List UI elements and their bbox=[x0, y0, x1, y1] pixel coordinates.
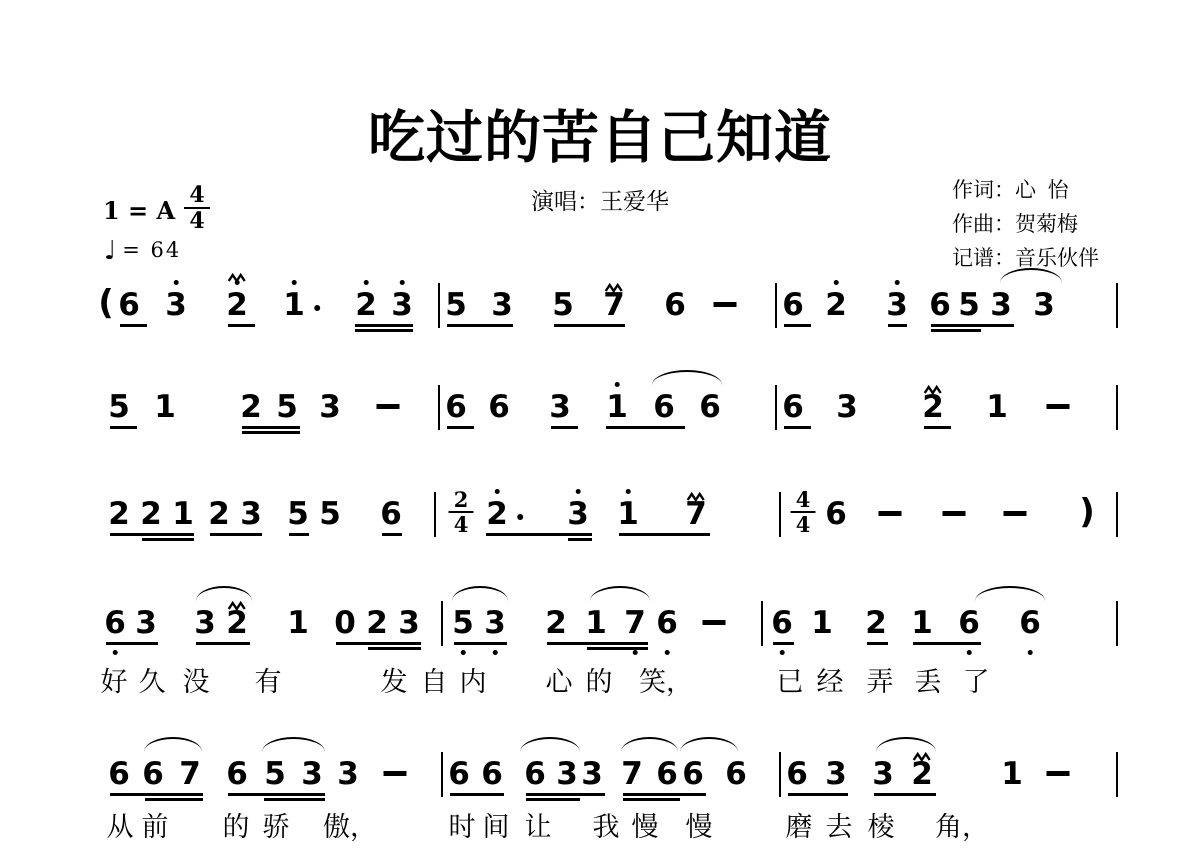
duration-dash bbox=[384, 771, 407, 776]
note-digit: 6 bbox=[682, 757, 704, 791]
time-signature: 4 4 bbox=[184, 183, 210, 233]
beam-underline bbox=[447, 426, 474, 429]
beam-underline bbox=[623, 793, 706, 796]
note-digit: 1 bbox=[617, 497, 639, 531]
beam-underline bbox=[486, 533, 592, 536]
octave-dot-above bbox=[291, 280, 296, 285]
key-signature: 1 = A bbox=[103, 196, 175, 225]
note-digit: 5 bbox=[108, 390, 130, 424]
note-digit: 3 bbox=[1033, 288, 1055, 322]
lyric-char: 笑， bbox=[639, 660, 693, 699]
note-digit: 1 bbox=[585, 606, 607, 640]
beam-underline bbox=[196, 642, 250, 645]
note-digit: 2 bbox=[226, 606, 248, 640]
lyric-char: 有 bbox=[255, 660, 282, 699]
octave-dot-above bbox=[494, 489, 499, 494]
beam-underline bbox=[264, 798, 325, 801]
lyric-char: 我 bbox=[593, 805, 620, 844]
beam-underline bbox=[210, 533, 262, 536]
note-digit: 6 bbox=[653, 390, 675, 424]
beam-underline bbox=[228, 793, 325, 796]
duration-dash bbox=[1004, 511, 1027, 516]
lyric-char: 的 bbox=[223, 805, 250, 844]
octave-dot-above bbox=[575, 489, 580, 494]
note-digit: 2 bbox=[226, 288, 248, 322]
octave-dot-below bbox=[779, 650, 784, 655]
octave-dot-above bbox=[833, 280, 838, 285]
barline bbox=[1116, 492, 1118, 537]
note-digit: 3 bbox=[491, 288, 513, 322]
note-digit: 1 bbox=[606, 390, 628, 424]
note-digit: 2 bbox=[865, 606, 887, 640]
note-digit: 1 bbox=[811, 606, 833, 640]
lyric-char: 磨 bbox=[786, 805, 813, 844]
parenthesis: ( bbox=[98, 284, 114, 322]
beam-underline bbox=[931, 324, 1014, 327]
note-digit: 5 bbox=[287, 497, 309, 531]
note-digit: 2 bbox=[922, 390, 944, 424]
beam-underline bbox=[931, 329, 981, 332]
lyric-char: 角， bbox=[935, 805, 989, 844]
lyric-char: 了 bbox=[963, 660, 990, 699]
note-digit: 1 bbox=[283, 288, 305, 322]
note-digit: 3 bbox=[398, 606, 420, 640]
note-digit: 6 bbox=[380, 497, 402, 531]
note-digit: 7 bbox=[685, 497, 707, 531]
note-digit: 7 bbox=[624, 606, 646, 640]
octave-dot-below bbox=[966, 650, 971, 655]
beam-underline bbox=[568, 538, 592, 541]
lyric-char: 自 bbox=[421, 660, 448, 699]
barline bbox=[441, 752, 443, 797]
note-digit: 6 bbox=[664, 288, 686, 322]
augmentation-dot bbox=[314, 305, 320, 311]
note-digit: 6 bbox=[771, 606, 793, 640]
beam-underline bbox=[888, 324, 907, 327]
beam-underline bbox=[784, 426, 811, 429]
lyricist-credit: 作词：心 怡 bbox=[952, 174, 1099, 208]
beam-underline bbox=[551, 426, 578, 429]
duration-dash bbox=[377, 404, 400, 409]
beam-underline bbox=[587, 647, 648, 650]
tempo-marking: ♩= 64 bbox=[104, 236, 181, 266]
beam-underline bbox=[289, 533, 309, 536]
augmentation-dot bbox=[517, 514, 523, 520]
beam-underline bbox=[106, 642, 158, 645]
lyric-char: 丢 bbox=[915, 660, 942, 699]
barline bbox=[1116, 601, 1118, 646]
note-digit: 2 bbox=[545, 606, 567, 640]
slur-arc bbox=[262, 737, 325, 752]
note-digit: 6 bbox=[142, 757, 164, 791]
note-digit: 3 bbox=[990, 288, 1012, 322]
note-digit: 3 bbox=[556, 757, 578, 791]
note-digit: 5 bbox=[264, 757, 286, 791]
lyric-char: 内 bbox=[460, 660, 487, 699]
note-digit: 6 bbox=[782, 288, 804, 322]
beam-underline bbox=[784, 324, 811, 327]
note-digit: 2 bbox=[140, 497, 162, 531]
lyric-char: 慢 bbox=[632, 805, 659, 844]
beam-underline bbox=[110, 793, 203, 796]
beam-underline bbox=[110, 533, 194, 536]
note-digit: 1 bbox=[1001, 757, 1023, 791]
note-digit: 2 bbox=[911, 757, 933, 791]
duration-dash bbox=[703, 620, 726, 625]
note-digit: 1 bbox=[986, 390, 1008, 424]
barline bbox=[438, 385, 440, 430]
lyric-char: 发 bbox=[381, 660, 408, 699]
note-digit: 3 bbox=[194, 606, 216, 640]
note-digit: 7 bbox=[179, 757, 201, 791]
duration-dash bbox=[1047, 404, 1070, 409]
duration-dash bbox=[714, 302, 737, 307]
barline bbox=[761, 601, 763, 646]
barline bbox=[434, 492, 436, 537]
lyric-char: 去 bbox=[826, 805, 853, 844]
inline-meter-numerator: 4 bbox=[791, 488, 816, 513]
note-digit: 5 bbox=[319, 497, 341, 531]
note-digit: 6 bbox=[825, 497, 847, 531]
octave-dot-above bbox=[894, 280, 899, 285]
beam-underline bbox=[336, 642, 421, 645]
beam-underline bbox=[623, 798, 680, 801]
note-digit: 6 bbox=[226, 757, 248, 791]
lyric-char: 时 bbox=[449, 805, 476, 844]
note-digit: 3 bbox=[165, 288, 187, 322]
beam-underline bbox=[867, 642, 888, 645]
inline-meter-denominator: 4 bbox=[449, 513, 474, 536]
note-digit: 6 bbox=[958, 606, 980, 640]
credits-block: 作词：心 怡 作曲：贺菊梅 记谱：音乐伙伴 bbox=[952, 174, 1099, 276]
beam-underline bbox=[145, 798, 203, 801]
beam-underline bbox=[142, 538, 194, 541]
beam-underline bbox=[773, 642, 794, 645]
composer-credit: 作曲：贺菊梅 bbox=[952, 208, 1099, 242]
octave-dot-above bbox=[173, 280, 178, 285]
time-signature-numerator: 4 bbox=[184, 183, 210, 209]
note-digit: 6 bbox=[725, 757, 747, 791]
note-digit: 5 bbox=[452, 606, 474, 640]
note-digit: 3 bbox=[391, 288, 413, 322]
beam-underline bbox=[913, 642, 981, 645]
beam-underline bbox=[355, 329, 413, 332]
note-digit: 6 bbox=[929, 288, 951, 322]
note-digit: 3 bbox=[319, 390, 341, 424]
note-digit: 3 bbox=[484, 606, 506, 640]
octave-dot-above bbox=[399, 280, 404, 285]
lyric-char: 间 bbox=[483, 805, 510, 844]
lyric-char: 前 bbox=[142, 805, 169, 844]
note-digit: 6 bbox=[448, 757, 470, 791]
beam-underline bbox=[450, 793, 504, 796]
lyric-char: 久 bbox=[139, 660, 166, 699]
note-digit: 7 bbox=[621, 757, 643, 791]
note-digit: 3 bbox=[836, 390, 858, 424]
lyric-char: 弄 bbox=[867, 660, 894, 699]
beam-underline bbox=[606, 426, 685, 429]
note-digit: 3 bbox=[301, 757, 323, 791]
lyric-char: 经 bbox=[817, 660, 844, 699]
lyric-char: 从 bbox=[107, 805, 134, 844]
note-digit: 1 bbox=[172, 497, 194, 531]
note-digit: 6 bbox=[108, 757, 130, 791]
beam-underline bbox=[874, 793, 936, 796]
barline bbox=[1116, 385, 1118, 430]
note-digit: 6 bbox=[445, 390, 467, 424]
note-digit: 2 bbox=[366, 606, 388, 640]
note-digit: 3 bbox=[549, 390, 571, 424]
duration-dash bbox=[1047, 771, 1070, 776]
slur-arc bbox=[975, 586, 1045, 601]
octave-dot-below bbox=[664, 650, 669, 655]
note-digit: 2 bbox=[208, 497, 230, 531]
beam-underline bbox=[228, 324, 255, 327]
slur-arc bbox=[680, 737, 738, 752]
note-digit: 6 bbox=[786, 757, 808, 791]
octave-dot-below bbox=[492, 650, 497, 655]
note-digit: 3 bbox=[825, 757, 847, 791]
octave-dot-below bbox=[112, 650, 117, 655]
octave-dot-above bbox=[614, 382, 619, 387]
beam-underline bbox=[368, 647, 421, 650]
note-digit: 3 bbox=[337, 757, 359, 791]
note-digit: 2 bbox=[240, 390, 262, 424]
lyric-char: 好 bbox=[101, 660, 128, 699]
barline bbox=[1116, 283, 1118, 328]
note-digit: 2 bbox=[108, 497, 130, 531]
inline-meter-denominator: 4 bbox=[791, 513, 816, 536]
mordent-icon bbox=[686, 475, 705, 509]
note-digit: 5 bbox=[552, 288, 574, 322]
lyric-char: 心 bbox=[546, 660, 573, 699]
beam-underline bbox=[120, 324, 147, 327]
lyric-char: 的 bbox=[586, 660, 613, 699]
note-digit: 3 bbox=[240, 497, 262, 531]
octave-dot-below bbox=[632, 650, 637, 655]
duration-dash bbox=[943, 511, 966, 516]
mordent-icon bbox=[604, 266, 623, 300]
lyric-char: 没 bbox=[183, 660, 210, 699]
note-digit: 0 bbox=[334, 606, 356, 640]
barline bbox=[779, 752, 781, 797]
lyric-char: 慢 bbox=[686, 805, 713, 844]
beam-underline bbox=[242, 426, 300, 429]
beam-underline bbox=[382, 533, 402, 536]
sheet-music-page: 吃过的苦自己知道 演唱：王爱华 作词：心 怡 作曲：贺菊梅 记谱：音乐伙伴 1 … bbox=[0, 0, 1200, 850]
slur-arc bbox=[652, 370, 722, 385]
barline bbox=[438, 283, 440, 328]
note-digit: 3 bbox=[135, 606, 157, 640]
tempo-value: = 64 bbox=[122, 238, 181, 262]
beam-underline bbox=[447, 324, 513, 327]
inline-meter-numerator: 2 bbox=[449, 488, 474, 513]
beam-underline bbox=[242, 431, 300, 434]
barline bbox=[775, 283, 777, 328]
inline-time-signature: 24 bbox=[449, 488, 474, 536]
note-digit: 6 bbox=[656, 757, 678, 791]
note-digit: 6 bbox=[699, 390, 721, 424]
lyric-char: 棱 bbox=[868, 805, 895, 844]
lyric-char: 骄 bbox=[263, 805, 290, 844]
slur-arc bbox=[621, 737, 678, 752]
beam-underline bbox=[454, 642, 507, 645]
mordent-icon bbox=[227, 256, 246, 290]
note-digit: 6 bbox=[656, 606, 678, 640]
note-digit: 2 bbox=[355, 288, 377, 322]
lyric-char: 让 bbox=[525, 805, 552, 844]
note-digit: 3 bbox=[872, 757, 894, 791]
lyric-char: 已 bbox=[777, 660, 804, 699]
beam-underline bbox=[526, 793, 605, 796]
song-title: 吃过的苦自己知道 bbox=[0, 92, 1200, 174]
slur-arc bbox=[520, 737, 580, 752]
barline bbox=[1116, 752, 1118, 797]
barline bbox=[779, 492, 781, 537]
note-digit: 6 bbox=[118, 288, 140, 322]
note-digit: 5 bbox=[958, 288, 980, 322]
beam-underline bbox=[526, 798, 580, 801]
beam-underline bbox=[788, 793, 848, 796]
parenthesis: ) bbox=[1079, 493, 1095, 531]
quarter-note-icon: ♩ bbox=[104, 236, 116, 266]
note-digit: 1 bbox=[911, 606, 933, 640]
note-digit: 5 bbox=[276, 390, 298, 424]
note-digit: 6 bbox=[524, 757, 546, 791]
note-digit: 1 bbox=[287, 606, 309, 640]
octave-dot-below bbox=[460, 650, 465, 655]
octave-dot-above bbox=[363, 280, 368, 285]
note-digit: 6 bbox=[488, 390, 510, 424]
barline bbox=[441, 601, 443, 646]
slur-arc bbox=[452, 586, 508, 601]
barline bbox=[775, 385, 777, 430]
note-digit: 6 bbox=[1019, 606, 1041, 640]
octave-dot-below bbox=[1027, 650, 1032, 655]
note-digit: 7 bbox=[603, 288, 625, 322]
note-digit: 3 bbox=[581, 757, 603, 791]
beam-underline bbox=[554, 324, 625, 327]
mordent-icon bbox=[923, 368, 942, 402]
beam-underline bbox=[619, 533, 710, 536]
note-digit: 2 bbox=[486, 497, 508, 531]
time-signature-denominator: 4 bbox=[184, 209, 210, 233]
note-digit: 3 bbox=[567, 497, 589, 531]
octave-dot-above bbox=[625, 489, 630, 494]
beam-underline bbox=[355, 324, 413, 327]
duration-dash bbox=[879, 511, 902, 516]
inline-time-signature: 44 bbox=[791, 488, 816, 536]
lyric-char: 傲， bbox=[323, 805, 377, 844]
beam-underline bbox=[547, 642, 648, 645]
note-digit: 1 bbox=[154, 390, 176, 424]
note-digit: 2 bbox=[825, 288, 847, 322]
note-digit: 5 bbox=[445, 288, 467, 322]
slur-arc bbox=[144, 737, 202, 752]
beam-underline bbox=[924, 426, 951, 429]
note-digit: 3 bbox=[886, 288, 908, 322]
slur-arc bbox=[590, 586, 650, 601]
note-digit: 6 bbox=[782, 390, 804, 424]
beam-underline bbox=[110, 426, 137, 429]
note-digit: 6 bbox=[481, 757, 503, 791]
note-digit: 6 bbox=[104, 606, 126, 640]
